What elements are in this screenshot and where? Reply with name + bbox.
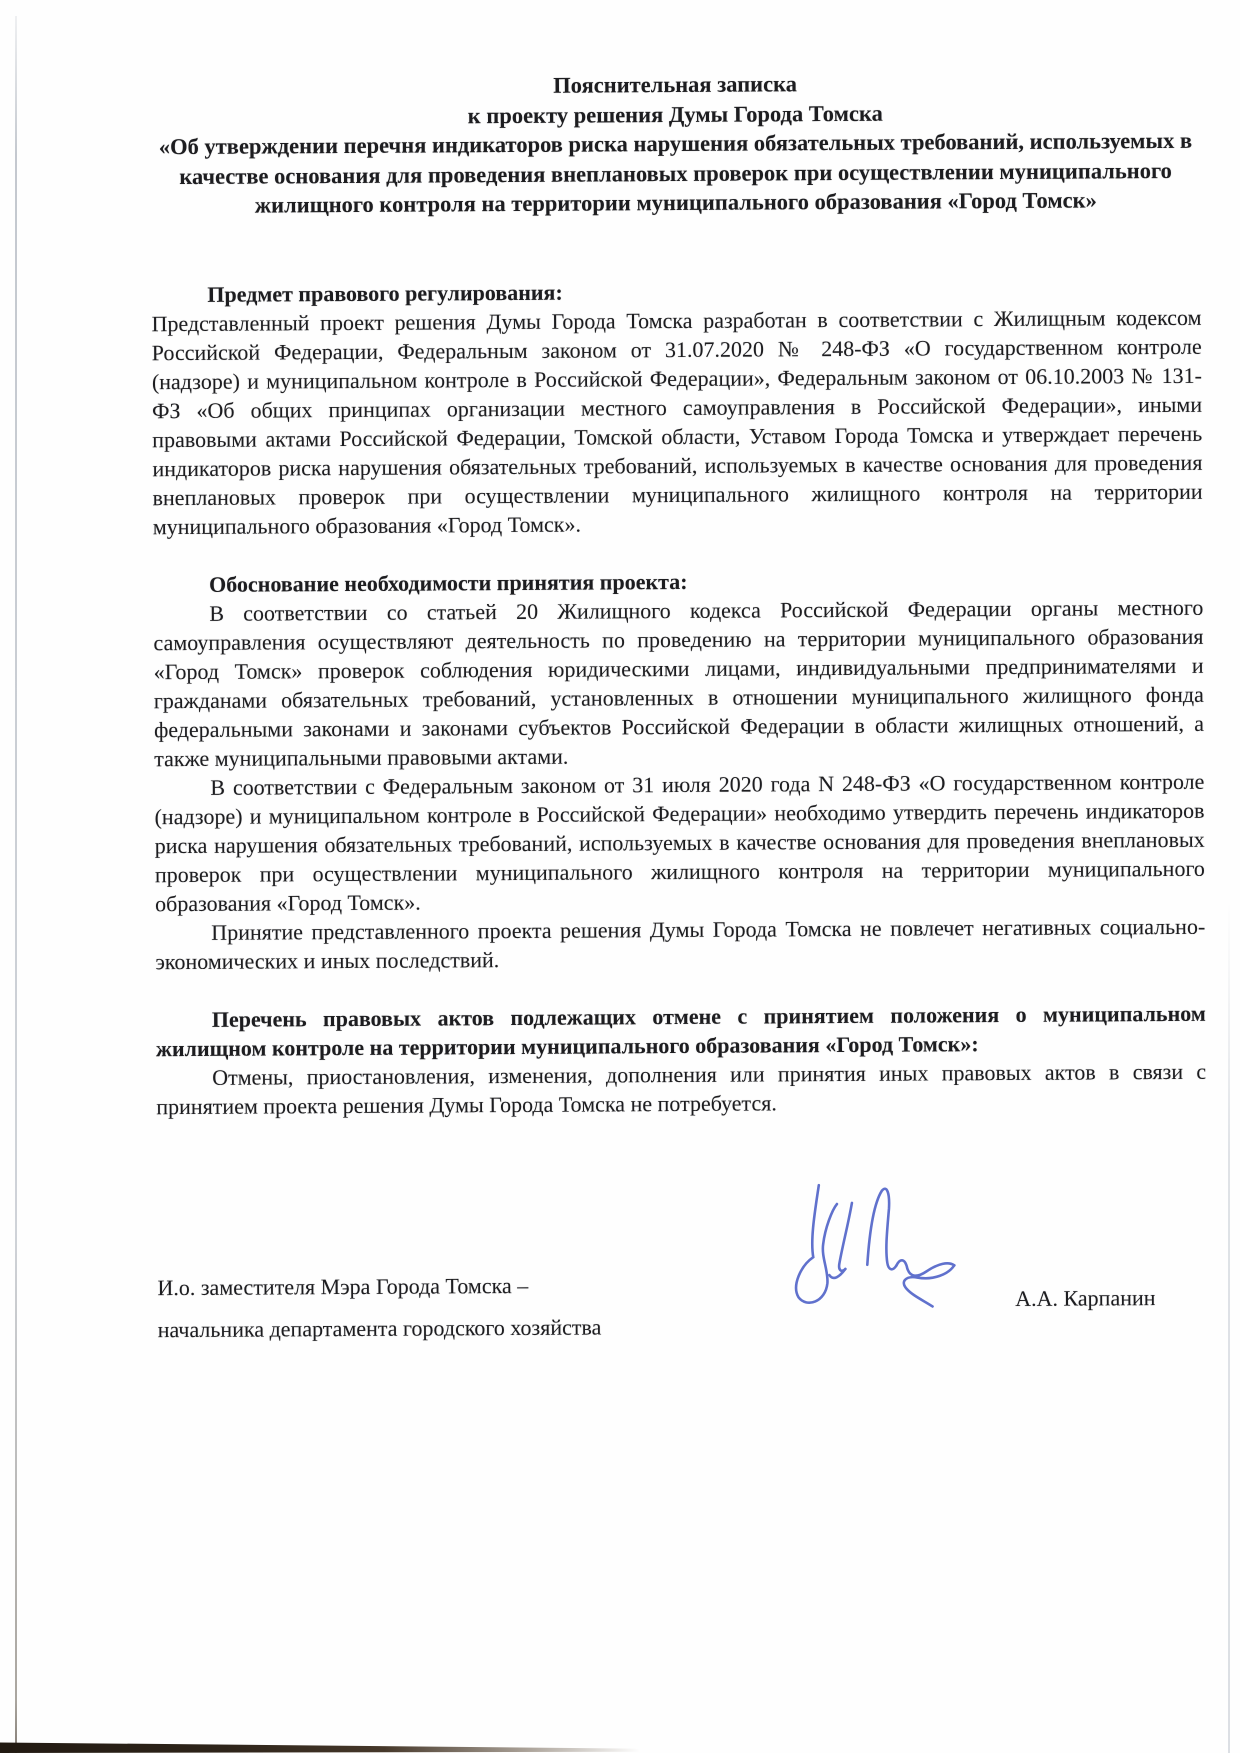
signer-name: А.А. Карпанин bbox=[1015, 1283, 1155, 1313]
document-title: Пояснительная записка к проекту решения … bbox=[150, 67, 1201, 221]
section-paragraph: В соответствии со статьей 20 Жилищного к… bbox=[153, 592, 1204, 772]
section-paragraph: Отмены, приостановления, изменения, допо… bbox=[156, 1056, 1206, 1120]
scan-edge-left-line bbox=[15, 16, 17, 1753]
title-subject: «Об утверждении перечня индикаторов риск… bbox=[150, 126, 1201, 221]
document-content: Пояснительная записка к проекту решения … bbox=[150, 67, 1208, 1437]
section-paragraph: В соответствии с Федеральным законом от … bbox=[154, 766, 1205, 917]
handwritten-signature-ink bbox=[789, 1176, 965, 1317]
scan-edge-right-line bbox=[1228, 900, 1230, 1753]
section-heading: Перечень правовых актов подлежащих отмен… bbox=[156, 998, 1206, 1062]
section-paragraph: Принятие представленного проекта решения… bbox=[155, 911, 1205, 975]
spacer bbox=[151, 214, 1201, 250]
section-legal-subject: Предмет правового регулирования: Предста… bbox=[151, 273, 1203, 540]
section-paragraph: Представленный проект решения Думы Город… bbox=[151, 302, 1202, 540]
signature-block: И.о. заместителя Мэра Города Томска – на… bbox=[157, 1260, 1208, 1436]
section-justification: Обоснование необходимости принятия проек… bbox=[153, 563, 1205, 975]
scanned-document-page: Пояснительная записка к проекту решения … bbox=[0, 0, 1240, 1753]
scan-artifact-bottom-strip bbox=[0, 1741, 640, 1753]
section-acts-to-repeal: Перечень правовых актов подлежащих отмен… bbox=[156, 998, 1207, 1120]
